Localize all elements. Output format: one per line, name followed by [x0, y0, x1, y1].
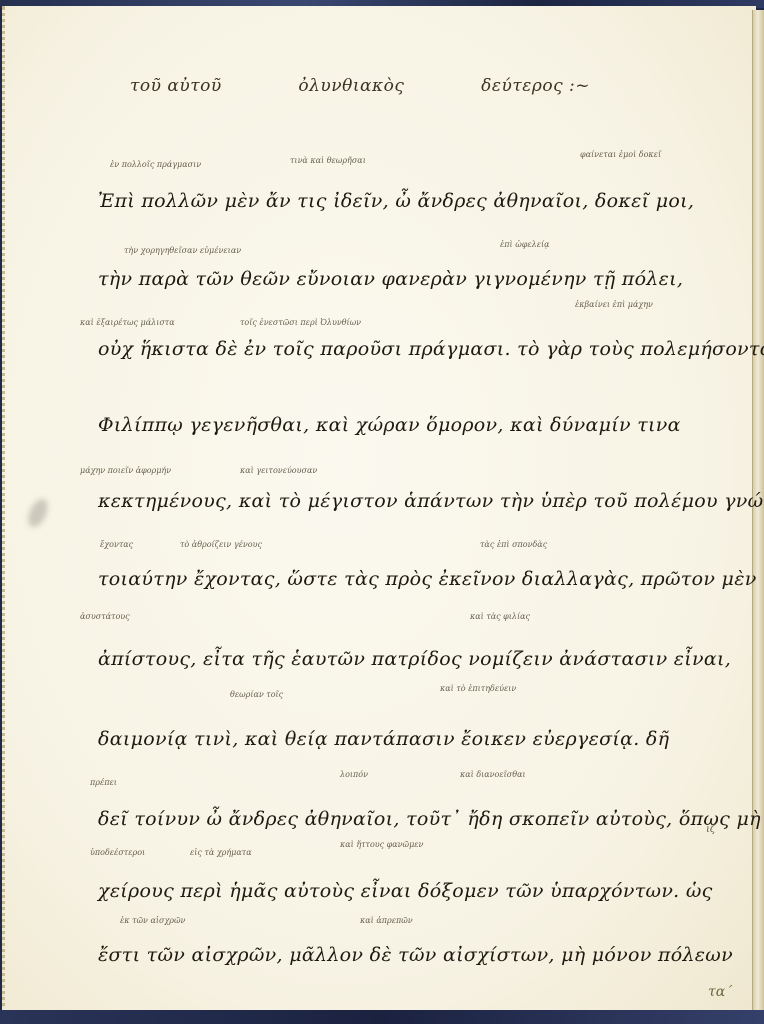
manuscript-line-3: οὐχ ἥκιστα δὲ ἐν τοῖς παροῦσι πράγμασι. … — [98, 338, 738, 360]
interlinear-gloss: καὶ τὸ ἐπιτηδεύειν — [440, 684, 516, 693]
interlinear-gloss: καὶ γειτονεύουσαν — [240, 466, 317, 475]
manuscript-line-8: δαιμονίᾳ τινὶ, καὶ θείᾳ παντάπασιν ἔοικε… — [98, 728, 738, 750]
interlinear-gloss: πρέπει — [90, 778, 117, 787]
manuscript-line-6: τοιαύτην ἔχοντας, ὥστε τὰς πρὸς ἐκεῖνον … — [98, 568, 738, 590]
interlinear-gloss: τινὰ καὶ θεωρῆσαι — [290, 156, 366, 165]
interlinear-gloss: ἀσυστάτους — [80, 612, 130, 621]
manuscript-line-9: δεῖ τοίνυν ὦ ἄνδρες ἀθηναῖοι, τοῦτ᾽ ἤδη … — [98, 808, 738, 830]
manuscript-line-1: Ἐπὶ πολλῶν μὲν ἄν τις ἰδεῖν, ὦ ἄνδρες ἀθ… — [98, 190, 738, 212]
interlinear-gloss: εἰς τὰ χρήματα — [190, 848, 252, 857]
interlinear-gloss: ὑποδεέστεροι — [90, 848, 145, 857]
manuscript-line-5: κεκτημένους, καὶ τὸ μέγιστον ἁπάντων τὴν… — [98, 490, 738, 512]
manuscript-line-4: Φιλίππῳ γεγενῆσθαι, καὶ χώραν ὅμορον, κα… — [98, 414, 738, 436]
title-part-1: τοῦ αὐτοῦ — [130, 76, 222, 96]
interlinear-gloss: τὴν χορηγηθεῖσαν εὐμένειαν — [124, 246, 241, 255]
marginal-note: ιζ — [706, 824, 715, 835]
page-title: τοῦ αὐτοῦ ὀλυνθιακὸς δεύτερος :~ — [130, 76, 590, 96]
interlinear-gloss: τοῖς ἐνεστῶσι περὶ Ὀλυνθίων — [240, 318, 361, 327]
title-part-3: δεύτερος :~ — [481, 76, 590, 96]
interlinear-gloss: τὸ ἀθροίζειν γένους — [180, 540, 262, 549]
manuscript-line-11: ἔστι τῶν αἰσχρῶν, μᾶλλον δὲ τῶν αἰσχίστω… — [98, 944, 738, 966]
interlinear-gloss: τὰς ἐπὶ σπονδὰς — [480, 540, 547, 549]
manuscript-line-7: ἀπίστους, εἶτα τῆς ἑαυτῶν πατρίδος νομίζ… — [98, 648, 738, 670]
interlinear-gloss: ἐκβαίνει ἐπὶ μάχην — [575, 300, 653, 309]
interlinear-gloss: ἐκ τῶν αἰσχρῶν — [120, 916, 185, 925]
interlinear-gloss: μάχην ποιεῖν ἀφορμήν — [80, 466, 171, 475]
interlinear-gloss: καὶ ἥττους φανῶμεν — [340, 840, 423, 849]
interlinear-gloss: θεωρίαν τοῖς — [230, 690, 283, 699]
interlinear-gloss: λοιπόν — [340, 770, 368, 779]
interlinear-gloss: φαίνεται ἐμοὶ δοκεῖ — [580, 150, 661, 159]
book-binding-bottom — [0, 1010, 764, 1024]
title-part-2: ὀλυνθιακὸς — [298, 76, 404, 96]
interlinear-gloss: καὶ ἐξαιρέτως μάλιστα — [80, 318, 175, 327]
manuscript-line-10: χείρους περὶ ἡμᾶς αὐτοὺς εἶναι δόξομεν τ… — [98, 880, 738, 902]
interlinear-gloss: καὶ τὰς φιλίας — [470, 612, 530, 621]
interlinear-gloss: ἐν πολλοῖς πράγμασιν — [110, 160, 201, 169]
folio-number: τα΄ — [708, 984, 732, 1000]
interlinear-gloss: ἔχοντας — [100, 540, 133, 549]
interlinear-gloss: καὶ ἀπρεπῶν — [360, 916, 413, 925]
interlinear-gloss: καὶ διανοεῖσθαι — [460, 770, 526, 779]
manuscript-line-2: τὴν παρὰ τῶν θεῶν εὔνοιαν φανερὰν γιγνομ… — [98, 268, 738, 290]
interlinear-gloss: ἐπὶ ὠφελείᾳ — [500, 240, 550, 249]
